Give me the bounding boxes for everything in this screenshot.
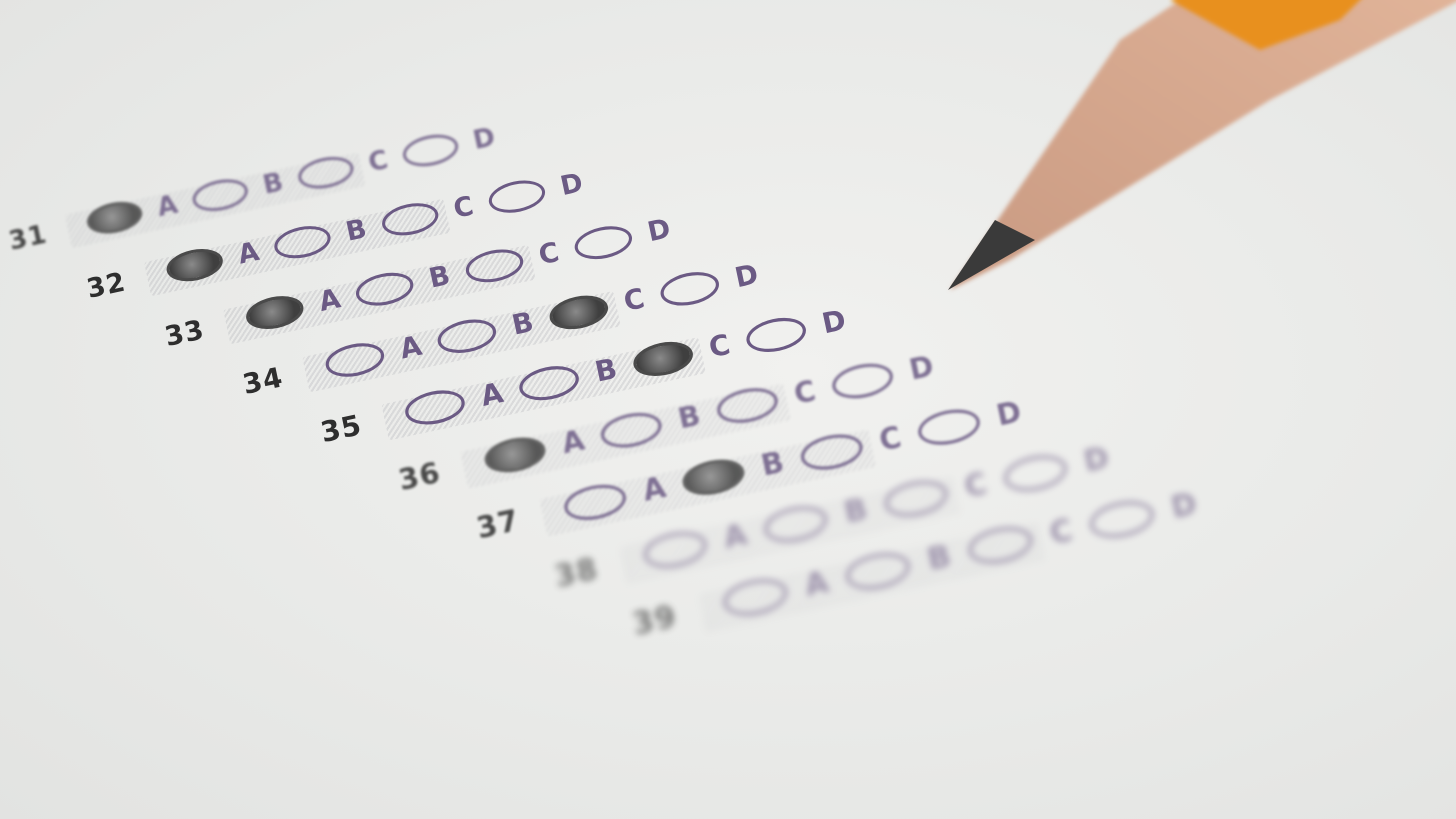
option-letter: D [732,259,761,295]
option-letter: C [621,283,647,318]
option-letter: A [802,565,832,604]
option-letter: B [758,446,787,483]
option-letter: C [1047,513,1076,552]
option-letter: C [451,191,476,225]
option-letter: C [791,375,818,412]
question-number: 33 [162,314,207,353]
option-letter: A [235,237,261,271]
bubble-d[interactable] [915,404,983,450]
option-letter: D [994,395,1025,433]
answer-row: 34ABCD [237,358,250,420]
option-letter: D [1168,487,1200,526]
pencil [940,0,1456,300]
option-letter: D [471,122,498,156]
bubble-d[interactable] [743,313,809,357]
bubble-d[interactable] [486,176,548,218]
option-letter: B [592,353,620,389]
option-letter: B [426,260,453,295]
bubble-d[interactable] [572,221,635,264]
answer-row: 32ABCD [82,263,95,323]
option-letter: C [706,329,733,365]
bubble-d[interactable] [829,358,896,403]
option-letter: A [397,330,424,366]
option-letter: C [366,145,391,178]
option-letter: B [260,167,286,200]
option-letter: A [559,424,588,461]
option-letter: B [924,539,954,578]
option-letter: C [536,237,562,272]
bubble-d[interactable] [657,267,722,310]
option-letter: D [558,168,586,203]
option-letter: B [841,492,870,530]
answer-row: 37ABCD [471,500,485,566]
bubble-d[interactable] [1086,496,1157,544]
question-number: 36 [396,457,444,498]
answer-row: 36ABCD [393,453,407,518]
option-letter: B [509,307,536,342]
option-letter: D [907,350,937,387]
question-number: 31 [6,219,50,256]
option-letter: A [478,377,506,413]
answer-row: 35ABCD [315,405,328,468]
answer-row: 33ABCD [160,310,173,371]
option-letter: C [876,421,904,458]
question-number: 37 [474,504,523,546]
option-letter: B [675,399,703,436]
bubble-d[interactable] [400,130,461,171]
option-letter: C [962,467,990,505]
question-number: 34 [240,362,286,402]
option-letter: D [819,304,849,341]
option-letter: D [1081,441,1112,480]
question-number: 35 [318,409,365,449]
bubble-d[interactable] [1001,450,1071,497]
question-number: 39 [630,599,681,642]
option-letter: A [155,190,181,224]
answer-row: 39ABCD [627,595,641,663]
question-number: 32 [84,267,128,305]
option-letter: A [640,471,669,509]
option-letter: B [343,214,369,248]
option-letter: D [645,213,673,248]
option-letter: A [316,283,343,318]
option-letter: A [721,518,751,556]
answer-row: 38ABCD [549,548,563,615]
question-number: 38 [552,552,602,595]
answer-row: 31ABCD [4,216,16,275]
